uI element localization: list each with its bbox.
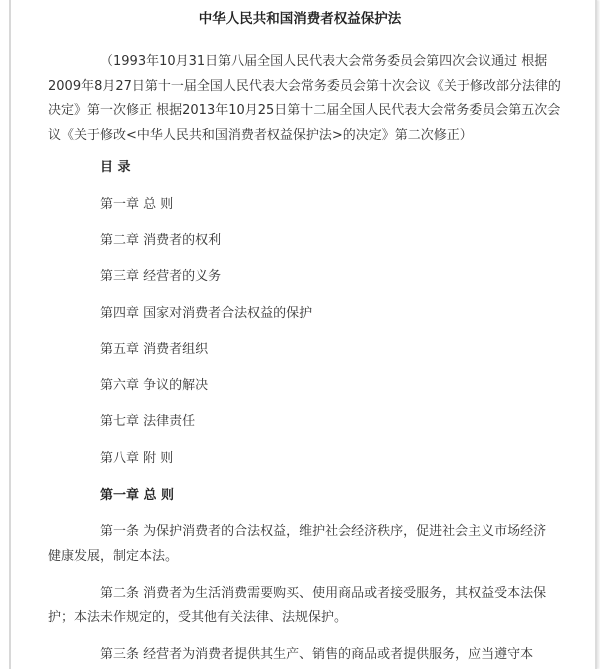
article-line: 护；本法未作规定的，受其他有关法律、法规保护。 [48,610,347,626]
toc-item-chapter-1[interactable]: 第一章 总 则 [100,197,173,213]
preamble-line: （1993年10月31日第八届全国人民代表大会常务委员会第四次会议通过 根据 [100,54,547,70]
toc-item-chapter-7[interactable]: 第七章 法律责任 [100,414,195,430]
toc-item-chapter-5[interactable]: 第五章 消费者组织 [100,342,208,358]
article-line: 第三条 经营者为消费者提供其生产、销售的商品或者提供服务，应当遵守本 [100,647,533,663]
toc-item-chapter-6[interactable]: 第六章 争议的解决 [100,378,208,394]
toc-item-chapter-4[interactable]: 第四章 国家对消费者合法权益的保护 [100,306,312,322]
chapter-heading: 第一章 总 则 [100,488,174,504]
article-line: 第二条 消费者为生活消费需要购买、使用商品或者接受服务，其权益受本法保 [100,586,546,602]
article-line: 健康发展，制定本法。 [48,549,178,565]
toc-item-chapter-3[interactable]: 第三章 经营者的义务 [100,269,221,285]
preamble-line: 决定》第一次修正 根据2013年10月25日第十二届全国人民代表大会常务委员会第… [48,103,560,119]
preamble-line: 议《关于修改<中华人民共和国消费者权益保护法>的决定》第二次修正） [48,128,473,144]
toc-item-chapter-8[interactable]: 第八章 附 则 [100,451,173,467]
document-title: 中华人民共和国消费者权益保护法 [0,10,600,28]
document-page [9,0,597,669]
preamble-line: 2009年8月27日第十一届全国人民代表大会常务委员会第十次会议《关于修改部分法… [48,79,561,95]
toc-heading: 目 录 [100,160,131,176]
toc-item-chapter-2[interactable]: 第二章 消费者的权利 [100,233,221,249]
article-line: 第一条 为保护消费者的合法权益，维护社会经济秩序，促进社会主义市场经济 [100,524,546,540]
